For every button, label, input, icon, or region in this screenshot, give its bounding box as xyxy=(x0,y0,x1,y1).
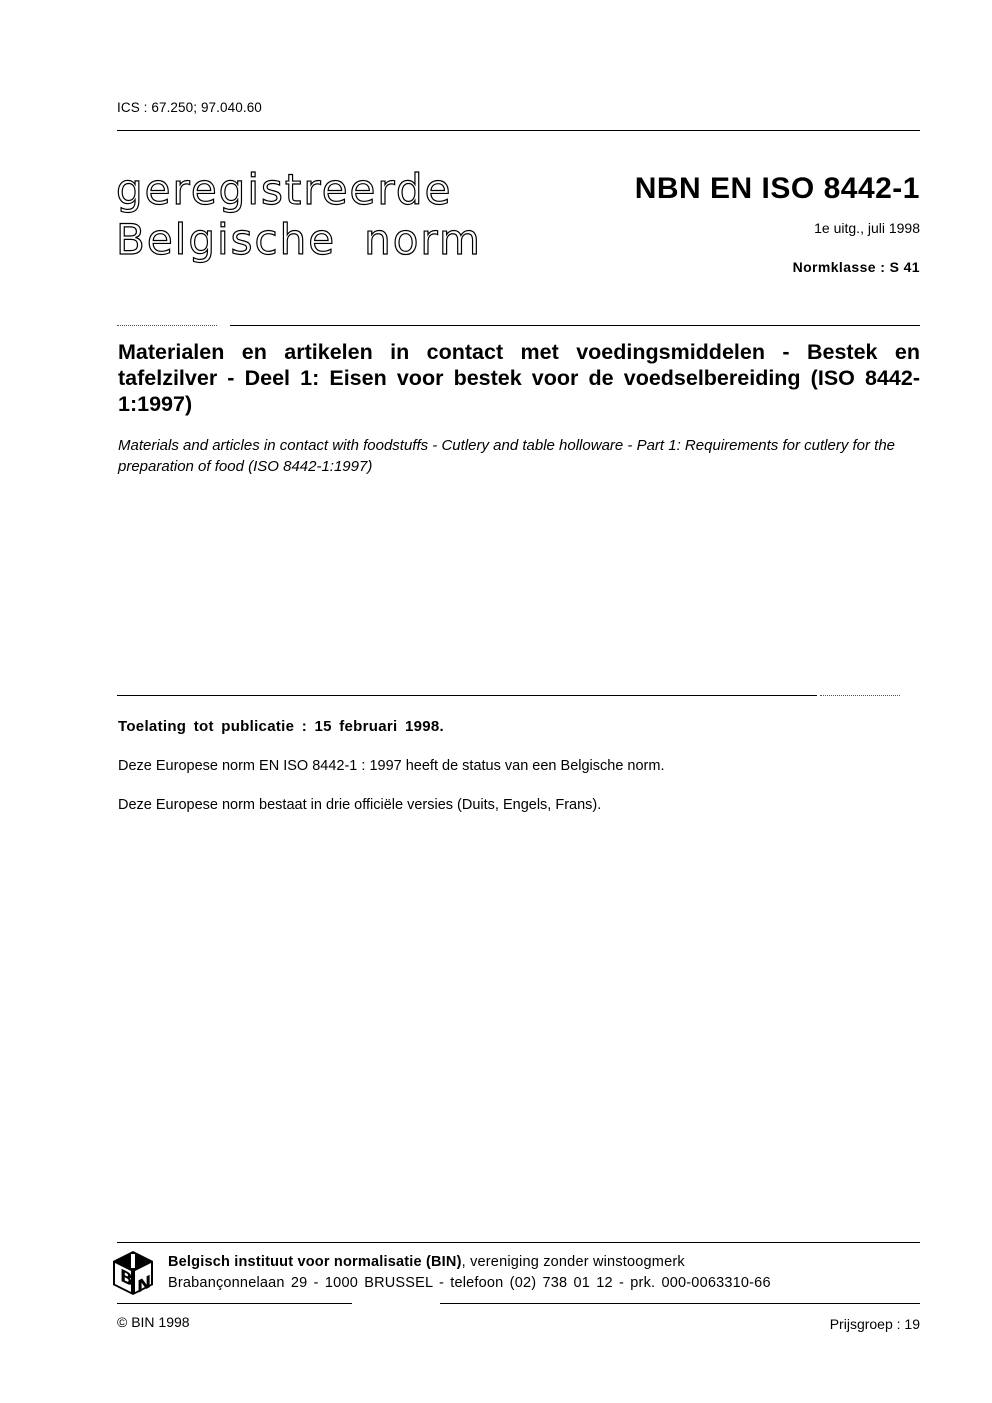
institute-name-line: Belgisch instituut voor normalisatie (BI… xyxy=(168,1254,685,1270)
price-group: Prijsgroep : 19 xyxy=(830,1316,920,1332)
norm-status: Deze Europese norm EN ISO 8442-1 : 1997 … xyxy=(118,758,664,774)
approval-divider-dotted xyxy=(820,695,900,696)
bin-cube-logo-icon: B N xyxy=(109,1249,157,1297)
norm-class: Normklasse : S 41 xyxy=(793,259,920,275)
copyright: © BIN 1998 xyxy=(117,1314,190,1330)
title-divider-dotted xyxy=(117,325,217,326)
footer-bottom-divider-left xyxy=(117,1303,352,1304)
publication-approval: Toelating tot publicatie : 15 februari 1… xyxy=(118,718,444,735)
footer-top-divider xyxy=(117,1242,920,1243)
approval-divider xyxy=(117,695,817,696)
title-divider xyxy=(230,325,920,326)
footer-bottom-divider-right xyxy=(440,1303,920,1304)
ics-code: ICS : 67.250; 97.040.60 xyxy=(117,100,262,115)
registered-label-norm: norm xyxy=(364,215,482,264)
institute-type: , vereniging zonder winstoogmerk xyxy=(462,1254,685,1270)
registered-label-line2: Belgischenorm xyxy=(116,218,482,262)
institute-address: Brabançonnelaan 29 - 1000 BRUSSEL - tele… xyxy=(168,1275,771,1291)
document-title-english: Materials and articles in contact with f… xyxy=(118,435,920,477)
document-title-dutch: Materialen en artikelen in contact met v… xyxy=(118,339,920,417)
registered-label-line1: geregistreerde xyxy=(116,168,452,212)
edition-date: 1e uitg., juli 1998 xyxy=(814,220,920,236)
institute-name: Belgisch instituut voor normalisatie (BI… xyxy=(168,1254,462,1270)
standard-number: NBN EN ISO 8442-1 xyxy=(635,172,920,206)
top-divider xyxy=(117,130,920,131)
registered-label-belgische: Belgische xyxy=(116,215,336,264)
official-versions: Deze Europese norm bestaat in drie offic… xyxy=(118,797,601,813)
